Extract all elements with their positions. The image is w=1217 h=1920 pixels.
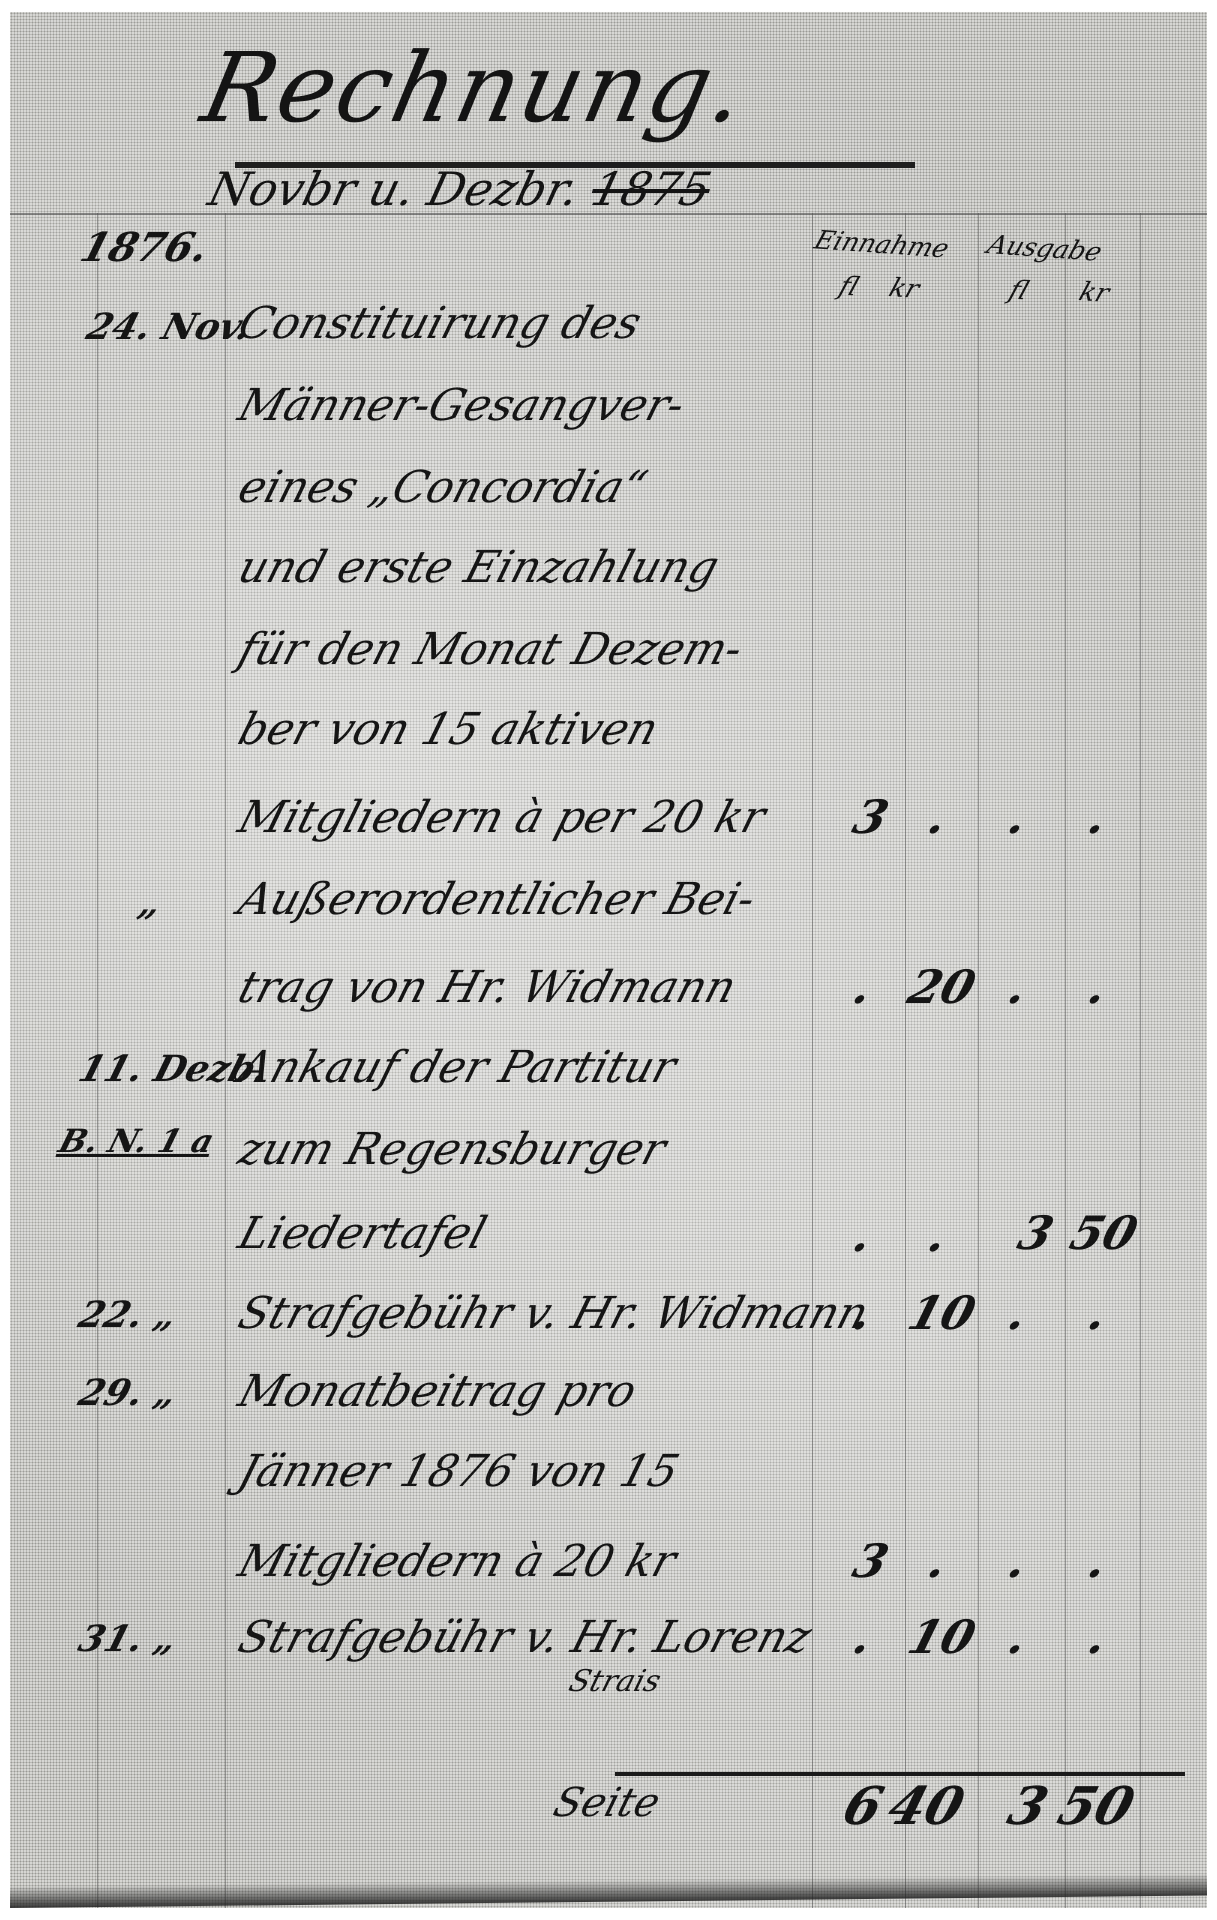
entry-income-fl: . — [847, 1610, 878, 1664]
total-income-fl: 6 — [836, 1776, 890, 1837]
entry-expense-kr: . — [1082, 1610, 1113, 1664]
entry-date: 24. Nov. — [82, 306, 256, 348]
entry-line: Strais — [565, 1664, 665, 1699]
subtitle-months: Novbr u. Dezbr. — [203, 162, 585, 216]
entry-line: Strafgebühr v. Hr. Lorenz — [233, 1612, 818, 1663]
entry-expense-fl: . — [1002, 1286, 1033, 1340]
entry-expense-kr: . — [1082, 790, 1113, 844]
entry-line: Mitgliedern à 20 kr — [233, 1536, 682, 1587]
ledger-page: Rechnung. Novbr u. Dezbr. 1875 1876. Ein… — [10, 12, 1207, 1908]
entry-date: 22. „ — [74, 1294, 182, 1336]
entry-expense-kr: 50 — [1064, 1206, 1143, 1260]
entry-date: 31. „ — [74, 1618, 182, 1660]
entry-expense-kr: . — [1082, 960, 1113, 1014]
entry-income-fl: 3 — [847, 790, 894, 844]
entry-margin-note: B. N. 1 a — [55, 1122, 219, 1160]
entry-line: und erste Einzahlung — [233, 542, 725, 593]
entry-line: Monatbeitrag pro — [233, 1366, 642, 1417]
entry-income-kr: 10 — [902, 1610, 981, 1664]
entry-income-fl: . — [847, 960, 878, 1014]
year-marker: 1876. — [75, 224, 214, 271]
entry-expense-fl: . — [1002, 1534, 1033, 1588]
entry-income-kr: . — [922, 790, 953, 844]
entry-expense-fl: 3 — [1012, 1206, 1059, 1260]
entry-date: „ — [134, 882, 167, 924]
entry-line: eines „Concordia“ — [233, 462, 653, 513]
entry-line: ber von 15 aktiven — [233, 704, 664, 755]
subtitle-year-struck: 1875 — [586, 162, 717, 216]
entry-line: Ankauf der Partitur — [233, 1042, 682, 1093]
entry-line: Außerordentlicher Bei- — [233, 874, 761, 925]
column-subheader-expense-fl: fl — [1005, 276, 1032, 307]
entry-line: Strafgebühr v. Hr. Widmann — [233, 1288, 875, 1339]
entry-income-kr: . — [922, 1534, 953, 1588]
column-rule-expense-fl-left — [978, 213, 979, 1908]
entry-line: zum Regensburger — [233, 1124, 672, 1175]
entry-expense-fl: . — [1002, 790, 1033, 844]
entry-line: Jänner 1876 von 15 — [233, 1446, 685, 1497]
entry-expense-kr: . — [1082, 1286, 1113, 1340]
entry-line: Constituirung des — [233, 298, 647, 349]
entry-line: Männer-Gesangver- — [233, 380, 691, 431]
entry-income-fl: 3 — [847, 1534, 894, 1588]
column-rule-income-fl-left — [812, 213, 813, 1908]
entry-income-fl: . — [847, 1208, 878, 1262]
entry-income-kr: . — [922, 1208, 953, 1262]
document-title: Rechnung. — [193, 32, 757, 144]
entry-income-kr: 10 — [902, 1286, 981, 1340]
column-subheader-income-kr: kr — [885, 273, 923, 304]
entry-line: Liedertafel — [233, 1208, 493, 1259]
entry-income-kr: 20 — [902, 960, 981, 1014]
total-income-kr: 40 — [881, 1776, 971, 1837]
entry-line: trag von Hr. Widmann — [233, 962, 742, 1013]
column-subheader-income-fl: fl — [835, 272, 862, 303]
total-expense-fl: 3 — [1001, 1776, 1055, 1837]
entry-expense-fl: . — [1002, 1610, 1033, 1664]
entry-line: Mitgliedern à per 20 kr — [233, 792, 771, 843]
column-rule-right — [1140, 213, 1141, 1908]
entry-line: für den Monat Dezem- — [233, 624, 749, 675]
document-subtitle: Novbr u. Dezbr. 1875 — [203, 162, 716, 216]
entry-date: 29. „ — [74, 1372, 182, 1414]
entry-expense-kr: . — [1082, 1534, 1113, 1588]
column-header-expense: Ausgabe — [983, 230, 1105, 267]
entry-expense-fl: . — [1002, 960, 1033, 1014]
column-rule-expense-kr-left — [1065, 213, 1066, 1908]
total-label: Seite — [548, 1780, 665, 1826]
column-subheader-expense-kr: kr — [1075, 277, 1113, 308]
column-header-income: Einnahme — [810, 226, 952, 265]
